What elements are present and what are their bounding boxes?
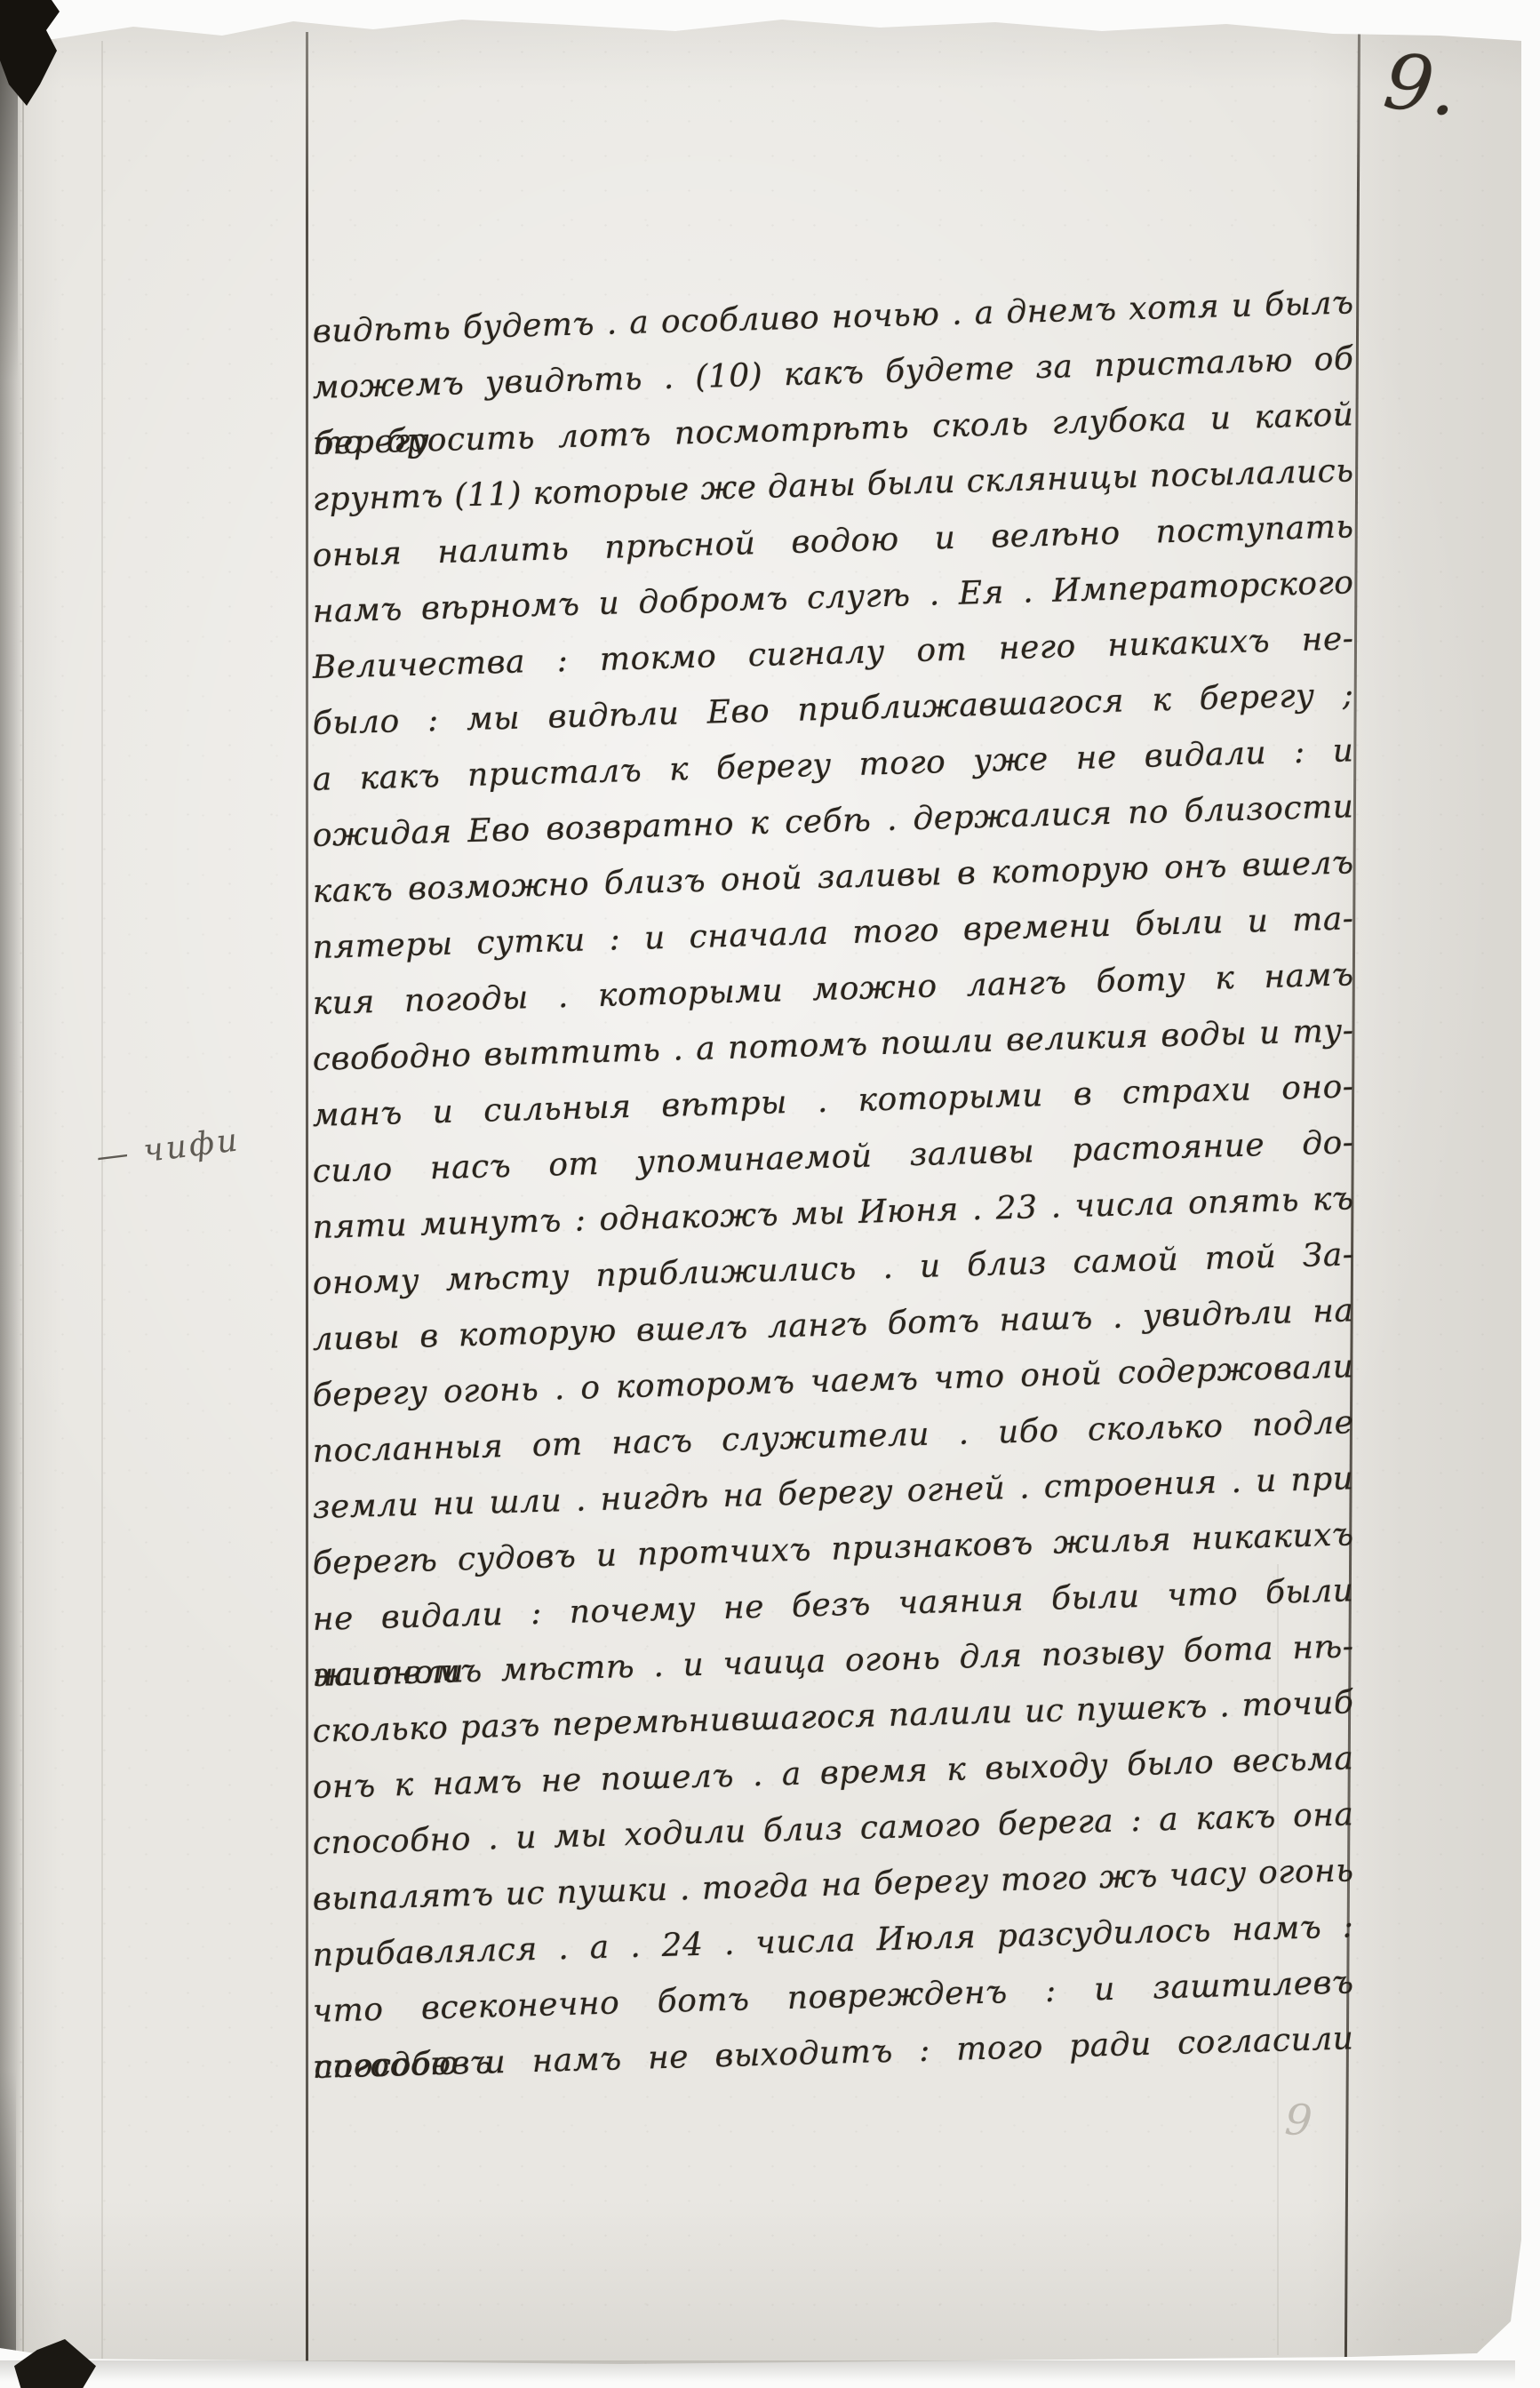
page-bottom-shadow — [0, 2360, 1515, 2382]
manuscript-page: 9. — чифи видѣть будетъ . а особливо ноч… — [0, 0, 1521, 2366]
pencil-folio-number: 9 — [1283, 2095, 1313, 2146]
handwritten-text-block: видѣть будетъ . а особливо ночью . а дне… — [313, 304, 1354, 2096]
folio-number: 9. — [1379, 36, 1463, 133]
gutter-shadow-bottom — [0, 2071, 16, 2366]
fold-crease-inner — [101, 41, 103, 2359]
manuscript-scan: 9. — чифи видѣть будетъ . а особливо ноч… — [0, 0, 1540, 2388]
left-margin-rule — [306, 32, 308, 2362]
fold-crease-left — [22, 37, 24, 2359]
